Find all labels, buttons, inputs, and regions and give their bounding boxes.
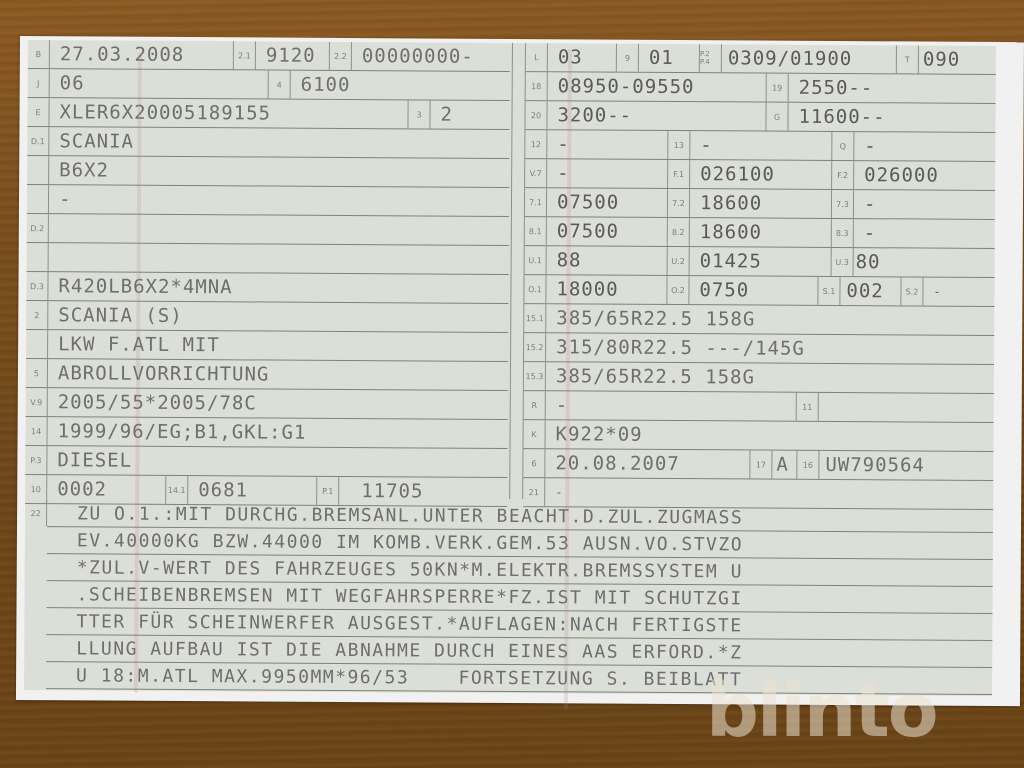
field-label (27, 156, 49, 184)
field-label: 4 (269, 71, 291, 99)
field-label (26, 330, 48, 358)
field-value: 0309/01900 (722, 47, 853, 70)
field-label: R (524, 391, 546, 419)
field-O1: O.118000 (524, 275, 667, 304)
field-label: 8.3 (832, 219, 854, 247)
field-label: 2.1 (234, 41, 256, 69)
field-label: 15.1 (524, 304, 546, 332)
field-D1: D.1SCANIA (27, 127, 509, 158)
field-14: 141999/96/EG;B1,GKL:G1 (26, 417, 508, 448)
field-R: R- (524, 391, 797, 421)
field-value: 026000 (854, 164, 939, 187)
field-U2: U.201425 (668, 247, 832, 276)
field-label: 14.1 (166, 476, 188, 504)
field-5-line1: LKW F.ATL MIT (26, 330, 508, 361)
field-value: LKW F.ATL MIT (48, 333, 220, 356)
field-value: - (49, 188, 72, 210)
field-value: 315/80R22.5 ---/145G (546, 336, 805, 360)
field-F1: F.1026100 (668, 160, 832, 189)
field-label: D.2 (27, 214, 49, 242)
field-value: 11705 (339, 480, 423, 503)
field-label: K (523, 420, 545, 448)
remarks-label: 22 (25, 500, 47, 526)
field-V7: V.7- (525, 159, 668, 188)
field-U1: U.188 (525, 246, 668, 275)
field-label: S.1 (818, 277, 840, 305)
field-value: 06 (50, 72, 85, 94)
field-label: 15.3 (524, 362, 546, 390)
field-value: - (854, 193, 877, 215)
field-7-1: 7.107500 (525, 188, 668, 217)
field-label: 14 (26, 417, 48, 445)
field-label: F.2 (832, 161, 854, 189)
field-label: 2.2 (330, 42, 352, 70)
field-value: 07500 (547, 220, 619, 242)
field-row: V.7- F.1026100 F.2026000 (525, 159, 995, 191)
field-S1: S.1002 (818, 277, 901, 306)
field-label: G (766, 103, 788, 131)
field-label (27, 185, 49, 213)
field-Q: Q- (832, 132, 995, 161)
field-label: 3 (408, 100, 430, 128)
field-2: 2SCANIA (S) (26, 301, 508, 332)
field-P2-P4: P.2 P.40309/01900 (700, 44, 897, 73)
field-value: 07500 (547, 191, 619, 213)
field-4: 46100 (269, 71, 510, 100)
field-label: P.1 (317, 477, 339, 505)
field-B: B27.03.2008 (28, 40, 234, 69)
field-label (27, 243, 49, 271)
field-D2-line4 (27, 243, 509, 274)
field-row: D.1SCANIA (27, 127, 509, 159)
field-value: A (772, 454, 789, 476)
field-row: P.3DIESEL (25, 446, 507, 478)
watermark-logo: blinto (706, 668, 937, 754)
field-value: - (690, 134, 713, 156)
field-row: V.92005/55*2005/78C (26, 388, 508, 420)
field-label: 20 (525, 101, 547, 129)
field-value: SCANIA (S) (48, 304, 183, 327)
field-8-1: 8.107500 (525, 217, 668, 246)
field-row: 141999/96/EG;B1,GKL:G1 (25, 417, 507, 449)
field-label: 8.1 (525, 217, 547, 245)
field-U3: U.380 (832, 248, 995, 277)
right-column: L03 901 P.2 P.40309/01900 T090 1808950-0… (526, 43, 996, 46)
field-value: - (854, 135, 877, 157)
field-label: 2 (26, 301, 48, 329)
field-label: 7.1 (525, 188, 547, 216)
field-value: ABROLLVORRICHTUNG (48, 362, 270, 385)
field-value: 18000 (546, 278, 618, 300)
field-label: 7.3 (832, 190, 854, 218)
field-value: 1999/96/EG;B1,GKL:G1 (48, 420, 307, 444)
field-value: 01425 (690, 250, 762, 272)
field-value: 80 (854, 251, 881, 273)
field-13: 13- (668, 131, 832, 160)
field-label: J (28, 69, 50, 97)
field-value: - (854, 222, 877, 244)
field-P3: P.3DIESEL (25, 446, 507, 477)
field-value: 9120 (256, 44, 316, 66)
field-label: 8.2 (668, 218, 690, 246)
field-label: 12 (525, 130, 547, 158)
field-label: P.2 P.4 (700, 44, 722, 72)
field-label: D.1 (27, 127, 49, 155)
field-label: U.1 (525, 246, 547, 274)
field-label: 15.2 (524, 333, 546, 361)
field-label: L (526, 43, 548, 71)
field-row: 2SCANIA (S) (26, 301, 508, 333)
field-row: LKW F.ATL MIT (26, 330, 508, 362)
field-value: 2550-- (789, 77, 874, 100)
field-18: 1808950-09550 (526, 72, 767, 101)
field-label: 6 (523, 449, 545, 477)
field-row: KK922*09 (523, 420, 993, 452)
field-label: 10 (25, 475, 47, 503)
form-grid: B27.03.2008 2.19120 2.200000000- J06 461… (24, 40, 996, 696)
field-15-3: 15.3385/65R22.5 158G (524, 362, 994, 393)
field-value: B6X2 (49, 159, 109, 181)
field-value: 18600 (690, 192, 762, 214)
field-T: T090 (897, 45, 996, 74)
field-value: K922*09 (546, 423, 643, 446)
field-6: 620.08.2007 (523, 449, 750, 478)
field-row: - (27, 185, 509, 217)
registration-document: B27.03.2008 2.19120 2.200000000- J06 461… (16, 36, 1024, 706)
field-row: D.2 (27, 214, 509, 246)
field-value: 0002 (47, 478, 107, 500)
field-label: E (27, 98, 49, 126)
field-label: 5 (26, 359, 48, 387)
field-label: U.2 (668, 247, 690, 275)
field-label: D.3 (26, 272, 48, 300)
field-label: 16 (797, 451, 819, 479)
field-value: DIESEL (47, 449, 132, 472)
field-label: 11 (797, 393, 819, 421)
field-D2-line3: D.2 (27, 214, 509, 245)
field-value: 026100 (690, 163, 775, 186)
field-row: 15.1385/65R22.5 158G (524, 304, 994, 336)
field-label: U.3 (832, 248, 854, 276)
field-value: UW790564 (819, 454, 925, 477)
field-label: 9 (617, 44, 639, 72)
field-value: 0681 (188, 479, 248, 501)
field-19: 192550-- (767, 74, 996, 103)
field-row: 15.2315/80R22.5 ---/145G (524, 333, 994, 365)
field-value: 88 (547, 249, 582, 271)
field-label: S.2 (901, 277, 923, 305)
field-value: 27.03.2008 (50, 43, 185, 66)
field-value: 11600-- (788, 106, 885, 129)
field-value: 00000000- (352, 45, 474, 68)
field-label: 17 (750, 450, 772, 478)
field-label: O.1 (524, 275, 546, 303)
field-D2-line1: B6X2 (27, 156, 509, 187)
field-value: XLER6X20005189155 (49, 101, 271, 124)
field-7-3: 7.3- (832, 190, 995, 219)
field-row: 12- 13- Q- (525, 130, 995, 162)
field-row: R- 11 (524, 391, 994, 423)
field-label: 21 (523, 478, 545, 506)
field-8-3: 8.3- (832, 219, 995, 248)
field-label: O.2 (667, 276, 689, 304)
field-row: U.188 U.201425 U.380 (525, 246, 995, 278)
field-row: O.118000 O.20750 S.1002 S.2- (524, 275, 994, 307)
field-row: 1808950-09550 192550-- (526, 72, 996, 104)
field-row: 620.08.2007 17A 16UW790564 (523, 449, 993, 481)
field-E: EXLER6X20005189155 (27, 98, 408, 128)
field-row: 7.107500 7.218600 7.3- (525, 188, 995, 220)
field-J: J06 (28, 69, 269, 98)
field-value: 385/65R22.5 158G (546, 365, 755, 388)
field-row: 15.3385/65R22.5 158G (524, 362, 994, 394)
field-row: B27.03.2008 2.19120 2.200000000- (28, 40, 510, 72)
field-label: Q (832, 132, 854, 160)
field-V9: V.92005/55*2005/78C (26, 388, 508, 419)
field-5-line2: 5ABROLLVORRICHTUNG (26, 359, 508, 390)
field-15-2: 15.2315/80R22.5 ---/145G (524, 333, 994, 364)
field-label: V.9 (26, 388, 48, 416)
field-label: 18 (526, 72, 548, 100)
field-value: 6100 (291, 74, 351, 96)
field-row (27, 243, 509, 275)
field-value: - (923, 285, 941, 299)
field-value: 090 (919, 48, 960, 70)
field-value: 3200-- (547, 104, 632, 127)
field-value: 385/65R22.5 158G (546, 307, 755, 330)
field-value: R420LB6X2*4MNA (48, 275, 232, 298)
field-17: 17A (750, 450, 797, 478)
field-value: 01 (639, 47, 674, 69)
field-S2: S.2- (901, 277, 994, 306)
field-2-2: 2.200000000- (330, 42, 510, 71)
field-K: KK922*09 (523, 420, 993, 451)
field-label: T (897, 45, 919, 73)
field-2-1: 2.19120 (234, 41, 330, 70)
field-value: 2 (430, 104, 453, 126)
field-row: D.3R420LB6X2*4MNA (26, 272, 508, 304)
field-D2-line2: - (27, 185, 509, 216)
field-value: 0750 (689, 279, 749, 301)
field-8-2: 8.218600 (668, 218, 832, 247)
field-value: 002 (840, 280, 883, 302)
field-row: J06 46100 (28, 69, 510, 101)
field-3: 32 (408, 100, 509, 129)
field-label: B (28, 40, 50, 68)
field-label: F.1 (668, 160, 690, 188)
field-row: 203200-- G11600-- (525, 101, 995, 133)
left-column: B27.03.2008 2.19120 2.200000000- J06 461… (28, 40, 510, 43)
field-7-2: 7.218600 (668, 189, 832, 218)
field-D3: D.3R420LB6X2*4MNA (26, 272, 508, 303)
field-label: 7.2 (668, 189, 690, 217)
field-value: SCANIA (49, 130, 134, 153)
field-12: 12- (525, 130, 668, 159)
field-16: 16UW790564 (797, 451, 993, 480)
field-label: 19 (767, 74, 789, 102)
field-row: 8.107500 8.218600 8.3- (525, 217, 995, 249)
field-label: P.3 (25, 446, 47, 474)
field-11: 11 (797, 393, 994, 422)
field-label: 13 (668, 131, 690, 159)
field-value: - (545, 485, 563, 499)
field-F2: F.2026000 (832, 161, 995, 190)
field-G: G11600-- (766, 103, 995, 132)
field-value: 2005/55*2005/78C (48, 391, 257, 414)
field-value: 03 (548, 46, 583, 68)
field-row: B6X2 (27, 156, 509, 188)
field-label: V.7 (525, 159, 547, 187)
field-O2: O.20750 (667, 276, 818, 305)
field-15-1: 15.1385/65R22.5 158G (524, 304, 994, 335)
field-row: EXLER6X20005189155 32 (27, 98, 509, 130)
remarks-section: 22 ZU O.1.:MIT DURCHG.BREMSANL.UNTER BEA… (24, 500, 993, 696)
field-value: 18600 (690, 221, 762, 243)
field-row: 5ABROLLVORRICHTUNG (26, 359, 508, 391)
field-row: L03 901 P.2 P.40309/01900 T090 (526, 43, 996, 75)
field-20: 203200-- (525, 101, 766, 130)
field-9: 901 (617, 44, 700, 73)
